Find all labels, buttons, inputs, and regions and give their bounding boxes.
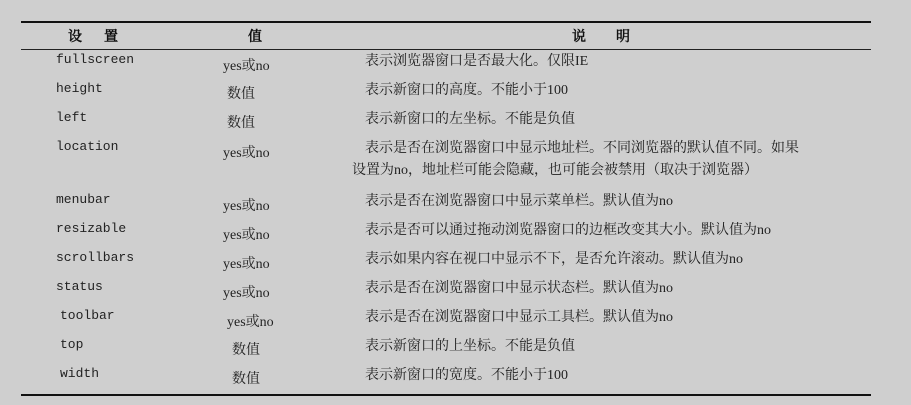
description-line: 表示新窗口的宽度。不能小于100: [365, 365, 568, 387]
header-value: 值: [248, 26, 262, 46]
setting-name: resizable: [56, 221, 126, 236]
setting-value: yes或no: [223, 195, 270, 215]
setting-name: fullscreen: [56, 52, 134, 67]
description-line: 表示浏览器窗口是否最大化。仅限IE: [365, 51, 588, 73]
description-line: 表示新窗口的上坐标。不能是负值: [365, 336, 575, 358]
setting-value: yes或no: [227, 311, 274, 331]
setting-value: yes或no: [223, 253, 270, 273]
description-line: 表示如果内容在视口中显示不下，是否允许滚动。默认值为no: [365, 249, 743, 271]
setting-value: yes或no: [223, 55, 270, 75]
setting-name: menubar: [56, 192, 111, 207]
setting-name: scrollbars: [56, 250, 134, 265]
setting-value: yes或no: [223, 142, 270, 162]
setting-name: height: [56, 81, 103, 96]
setting-name: left: [56, 110, 87, 125]
table-bottom-rule: [21, 394, 871, 396]
setting-description: 表示是否在浏览器窗口中显示菜单栏。默认值为no: [365, 191, 673, 213]
setting-name: location: [56, 139, 118, 154]
setting-value: 数值: [227, 83, 255, 103]
table-top-rule: [21, 21, 871, 23]
header-description-char-1: 说: [572, 29, 586, 45]
description-line: 表示是否在浏览器窗口中显示状态栏。默认值为no: [365, 278, 673, 300]
description-line: 表示是否在浏览器窗口中显示工具栏。默认值为no: [365, 307, 673, 329]
setting-value: 数值: [232, 339, 260, 359]
setting-description: 表示是否在浏览器窗口中显示状态栏。默认值为no: [365, 278, 673, 300]
setting-value: yes或no: [223, 224, 270, 244]
setting-value: yes或no: [223, 282, 270, 302]
description-line: 表示新窗口的左坐标。不能是负值: [365, 109, 575, 131]
header-description-char-2: 明: [616, 29, 630, 45]
setting-description: 表示是否可以通过拖动浏览器窗口的边框改变其大小。默认值为no: [365, 220, 771, 242]
header-setting-char-2: 置: [104, 29, 118, 45]
setting-description: 表示是否在浏览器窗口中显示工具栏。默认值为no: [365, 307, 673, 329]
description-line: 表示是否可以通过拖动浏览器窗口的边框改变其大小。默认值为no: [365, 220, 771, 242]
setting-name: toolbar: [60, 308, 115, 323]
setting-description: 表示新窗口的宽度。不能小于100: [365, 365, 568, 387]
description-line: 设置为no，地址栏可能会隐藏，也可能会被禁用（取决于浏览器）: [352, 160, 799, 182]
description-line: 表示是否在浏览器窗口中显示菜单栏。默认值为no: [365, 191, 673, 213]
header-setting-char-1: 设: [68, 29, 82, 45]
setting-description: 表示新窗口的上坐标。不能是负值: [365, 336, 575, 358]
header-setting: 设置: [68, 26, 118, 46]
setting-name: top: [60, 337, 83, 352]
setting-name: width: [60, 366, 99, 381]
setting-description: 表示浏览器窗口是否最大化。仅限IE: [365, 51, 588, 73]
setting-description: 表示如果内容在视口中显示不下，是否允许滚动。默认值为no: [365, 249, 743, 271]
setting-description: 表示新窗口的高度。不能小于100: [365, 80, 568, 102]
description-line: 表示新窗口的高度。不能小于100: [365, 80, 568, 102]
setting-value: 数值: [227, 112, 255, 132]
setting-value: 数值: [232, 368, 260, 388]
description-line: 表示是否在浏览器窗口中显示地址栏。不同浏览器的默认值不同。如果: [352, 138, 799, 160]
table-header-rule: [21, 49, 871, 50]
setting-description: 表示新窗口的左坐标。不能是负值: [365, 109, 575, 131]
setting-name: status: [56, 279, 103, 294]
header-description: 说明: [572, 26, 630, 46]
setting-description: 表示是否在浏览器窗口中显示地址栏。不同浏览器的默认值不同。如果 设置为no，地址…: [352, 138, 799, 182]
